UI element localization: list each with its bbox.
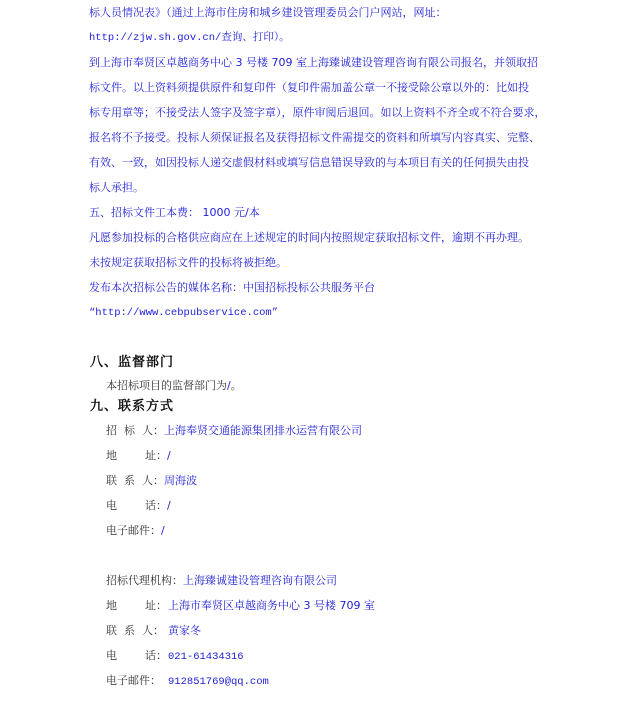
agency-name-row: 招标代理机构：上海臻诚建设管理咨询有限公司: [106, 574, 337, 588]
paragraph-line: 有效、一致，如因投标人递交虚假材料或填写信息错误导致的与本项目有关的任何损失由投: [89, 156, 529, 170]
tenderer-address-row: 地 址：/: [106, 449, 171, 463]
paragraph-line: 报名将不予接受。投标人须保证报名及获得招标文件需提交的资料和所填写内容真实、完整…: [89, 131, 540, 145]
agency-contact-row: 联 系 人：黄家冬: [106, 624, 201, 638]
paragraph-line: 标人承担。: [89, 181, 144, 195]
paragraph-line: 标人员情况表》（通过上海市住房和城乡建设管理委员会门户网站，网址：: [89, 6, 447, 20]
field-value: 周海波: [164, 474, 197, 487]
field-label: 地 址：: [106, 449, 167, 463]
paragraph-line: 未按规定获取招标文件的投标将被拒绝。: [89, 256, 287, 270]
section-heading-contact: 九、联系方式: [90, 399, 174, 415]
tenderer-contact-row: 联 系 人：周海波: [106, 474, 197, 488]
media-line: 发布本次招标公告的媒体名称：中国招标投标公共服务平台: [89, 281, 375, 295]
paragraph-line: 标文件。以上资料须提供原件和复印件（复印件需加盖公章一不接受除公章以外的：比如投: [89, 81, 529, 95]
supervision-text: 本招标项目的监督部门为/。: [106, 379, 242, 393]
agency-address-row: 地 址：上海市奉贤区卓越商务中心 3 号楼 709 室: [106, 599, 375, 613]
field-value: 上海市奉贤区卓越商务中心 3 号楼 709 室: [168, 599, 375, 612]
field-value: /: [161, 524, 165, 537]
field-value: 上海臻诚建设管理咨询有限公司: [183, 574, 337, 587]
field-label: 电子邮件：: [106, 524, 161, 538]
field-label: 地 址：: [106, 599, 168, 613]
field-value: 021-61434316: [168, 651, 244, 663]
field-label: 电 话：: [106, 649, 168, 663]
field-value: 912851769@qq.com: [168, 676, 269, 688]
section-heading-supervision: 八、监督部门: [90, 355, 174, 371]
agency-phone-row: 电 话：021-61434316: [106, 649, 244, 664]
paragraph-line: 标专用章等；不接受法人签字及签字章），原件审阅后退回。如以上资料不齐全或不符合要…: [89, 106, 546, 120]
fee-line: 五、招标文件工本费： 1000 元/本: [89, 206, 260, 220]
field-label: 招 标 人：: [106, 424, 164, 438]
field-label: 电子邮件：: [106, 674, 168, 688]
field-label: 招标代理机构：: [106, 574, 183, 588]
paragraph-line: 到上海市奉贤区卓越商务中心 3 号楼 709 室上海臻诚建设管理咨询有限公司报名…: [89, 56, 538, 70]
field-label: 联 系 人：: [106, 474, 164, 488]
field-value: /: [167, 499, 171, 512]
supervision-suffix: 。: [231, 379, 242, 392]
field-value: 黄家冬: [168, 624, 201, 637]
field-value: 上海奉贤交通能源集团排水运营有限公司: [164, 424, 362, 437]
url-line: http://zjw.sh.gov.cn/查询、打印）。: [89, 31, 290, 45]
supervision-text-prefix: 本招标项目的监督部门为: [106, 379, 227, 392]
field-value: /: [167, 449, 171, 462]
tenderer-email-row: 电子邮件：/: [106, 524, 165, 538]
field-label: 联 系 人：: [106, 624, 168, 638]
agency-email-row: 电子邮件：912851769@qq.com: [106, 674, 269, 689]
paragraph-line: 凡愿参加投标的合格供应商应在上述规定的时间内按照规定获取招标文件，逾期不再办理。: [89, 231, 529, 245]
tenderer-name-row: 招 标 人：上海奉贤交通能源集团排水运营有限公司: [106, 424, 362, 438]
field-label: 电 话：: [106, 499, 167, 513]
tenderer-phone-row: 电 话：/: [106, 499, 171, 513]
media-url: “http://www.cebpubservice.com”: [89, 306, 278, 320]
